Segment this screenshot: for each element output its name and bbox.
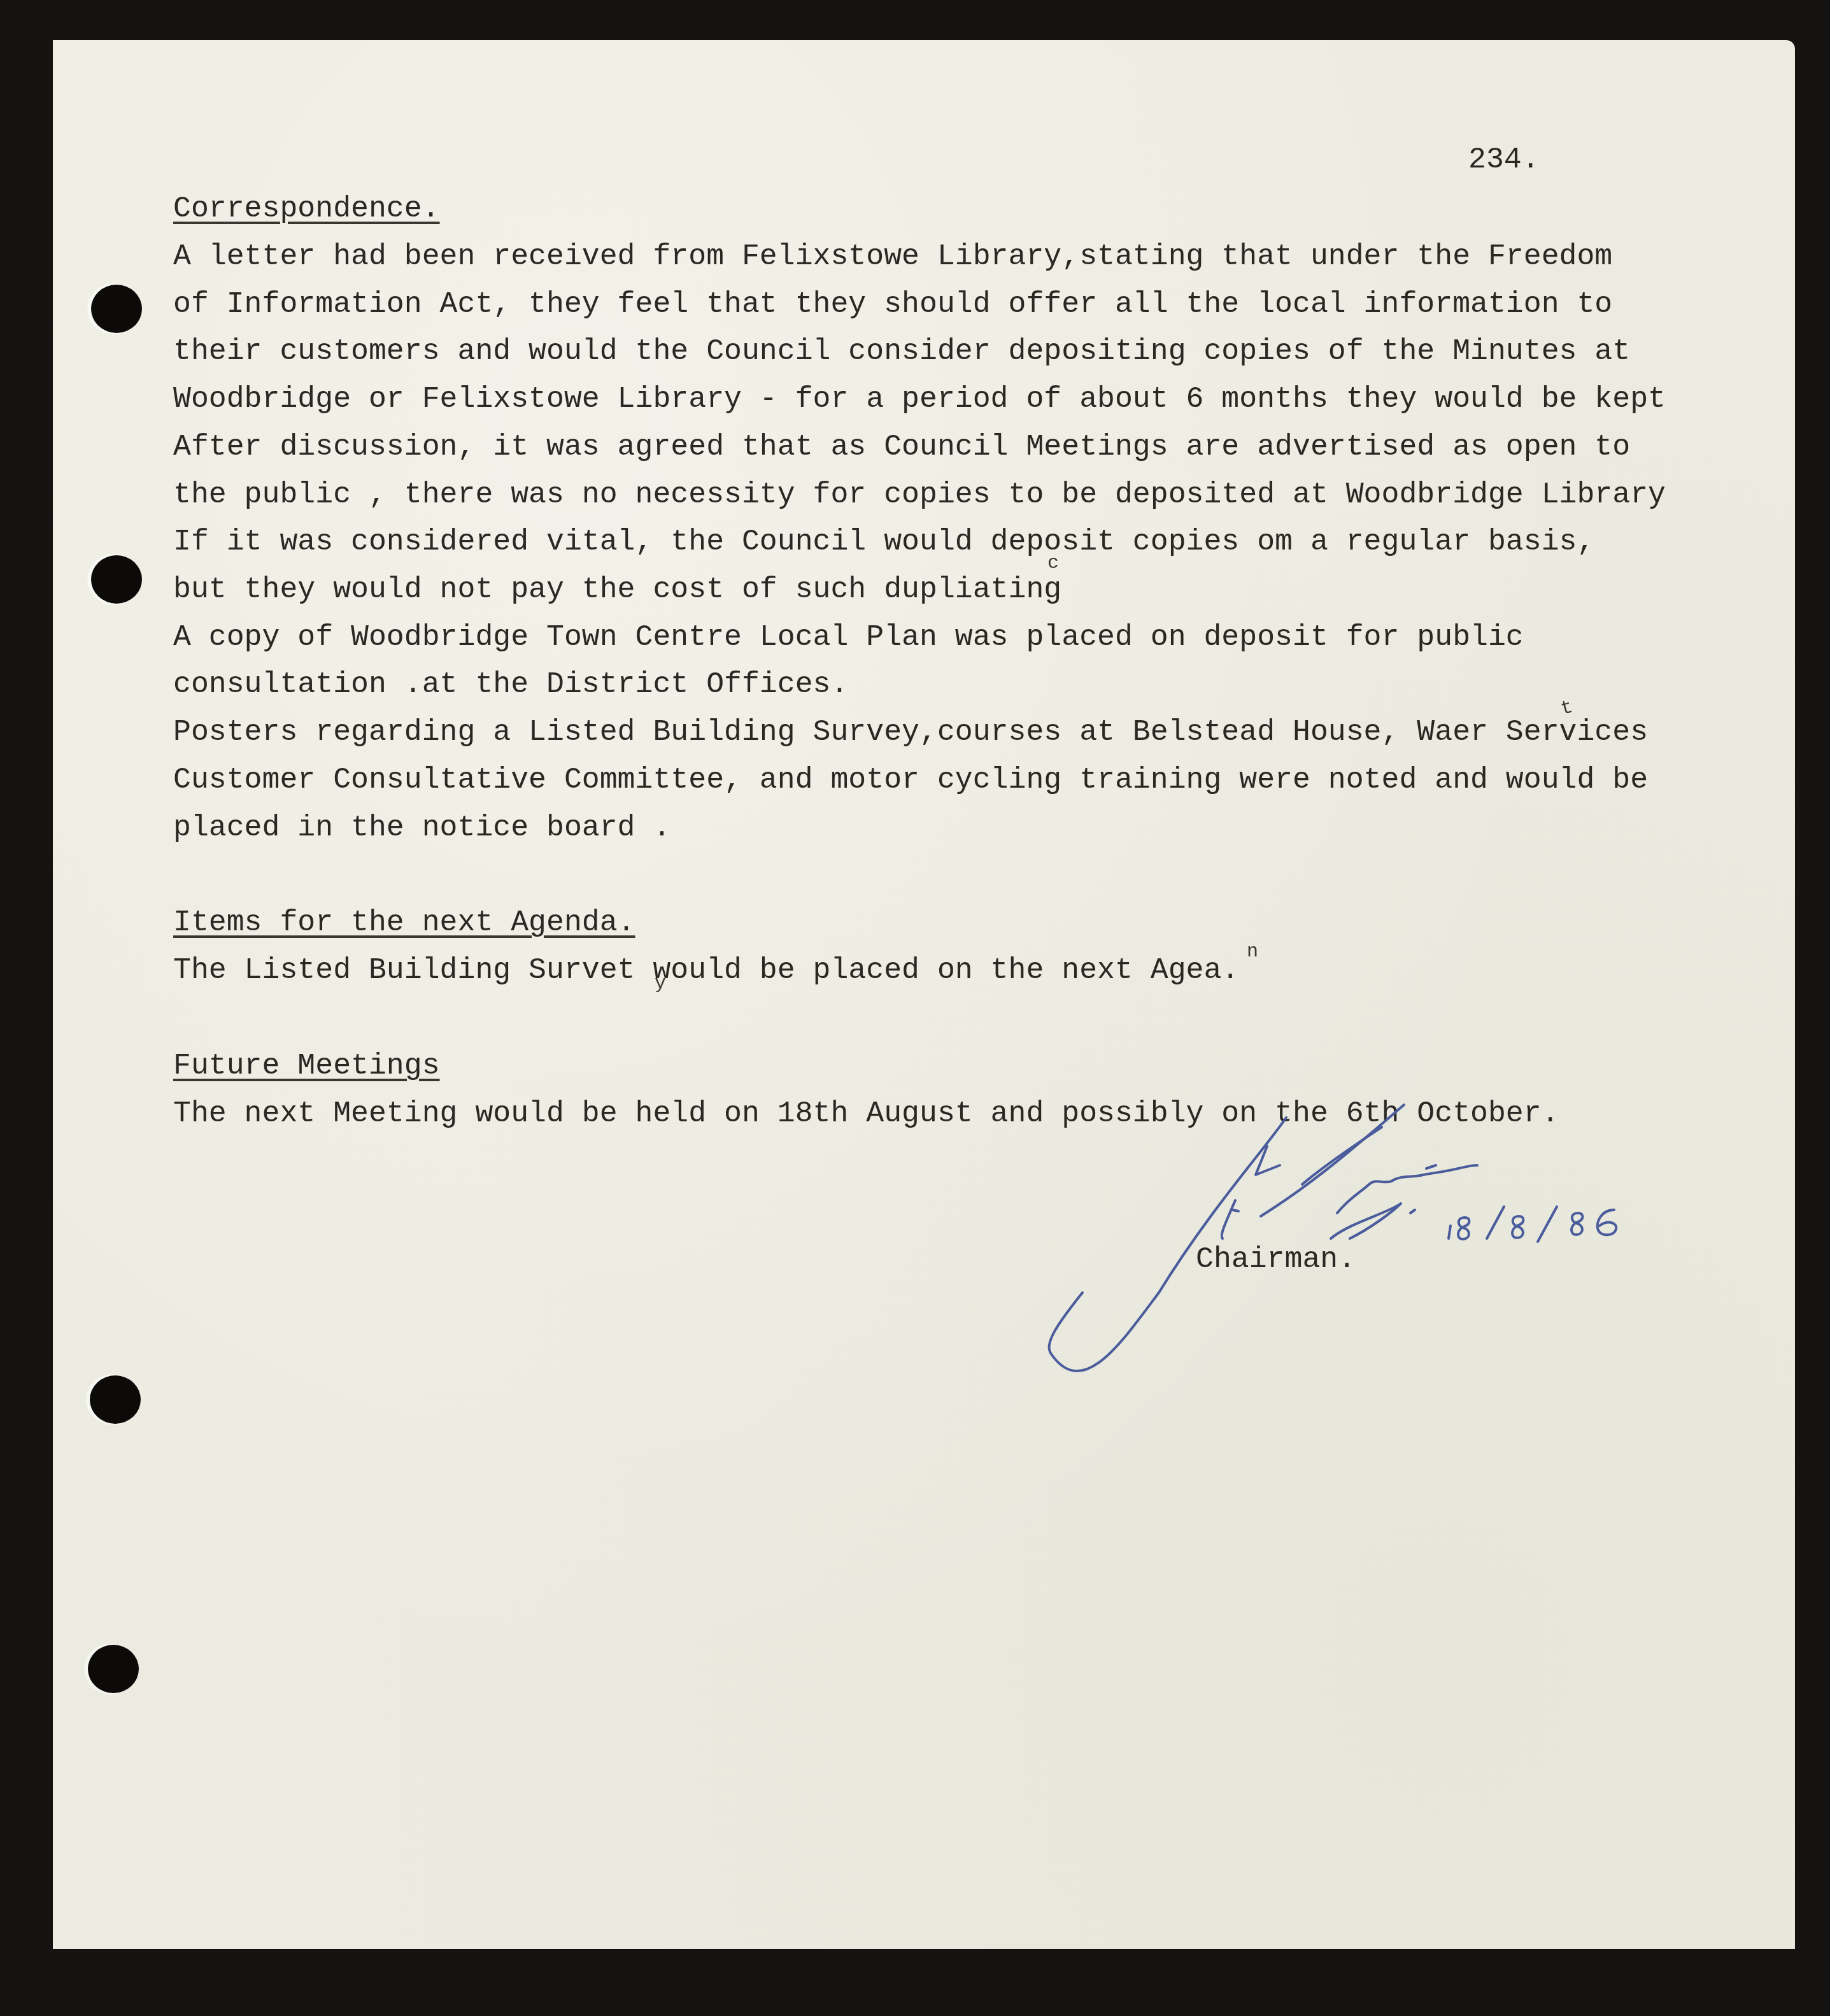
- paragraph-line: A letter had been received from Felixsto…: [173, 242, 1612, 272]
- document-page: [53, 40, 1795, 1949]
- paragraph-line: Customer Consultative Committee, and mot…: [173, 765, 1648, 795]
- paragraph-line: but they would not pay the cost of such …: [173, 575, 1061, 605]
- punch-hole-2: [91, 555, 142, 604]
- punch-hole-4: [88, 1645, 139, 1693]
- paragraph-line: The next Meeting would be held on 18th A…: [173, 1099, 1559, 1129]
- paragraph-line: If it was considered vital, the Council …: [173, 527, 1594, 557]
- paragraph-line: The Listed Building Survet would be plac…: [173, 956, 1239, 986]
- heading-future-meetings: Future Meetings: [173, 1051, 440, 1081]
- heading-next-agenda: Items for the next Agenda.: [173, 908, 635, 938]
- paragraph-line: the public , there was no necessity for …: [173, 480, 1666, 510]
- paragraph-line: their customers and would the Council co…: [173, 337, 1630, 367]
- page-number: 234.: [1468, 145, 1540, 175]
- paragraph-line: consultation .at the District Offices.: [173, 670, 848, 700]
- paragraph-line: of Information Act, they feel that they …: [173, 290, 1612, 320]
- handwritten-insert-n: n: [1247, 941, 1258, 963]
- paragraph-line: placed in the notice board .: [173, 813, 670, 843]
- chairman-label: Chairman.: [1196, 1245, 1356, 1275]
- paragraph-line: Woodbridge or Felixstowe Library - for a…: [173, 385, 1666, 415]
- paragraph-line: After discussion, it was agreed that as …: [173, 432, 1630, 462]
- handwritten-insert-y: y: [655, 973, 666, 995]
- punch-hole-1: [91, 285, 142, 333]
- punch-hole-3: [90, 1375, 141, 1424]
- paragraph-line: A copy of Woodbridge Town Centre Local P…: [173, 623, 1524, 653]
- heading-correspondence: Correspondence.: [173, 194, 440, 224]
- paragraph-line: Posters regarding a Listed Building Surv…: [173, 718, 1648, 748]
- handwritten-insert-c: c: [1047, 553, 1059, 574]
